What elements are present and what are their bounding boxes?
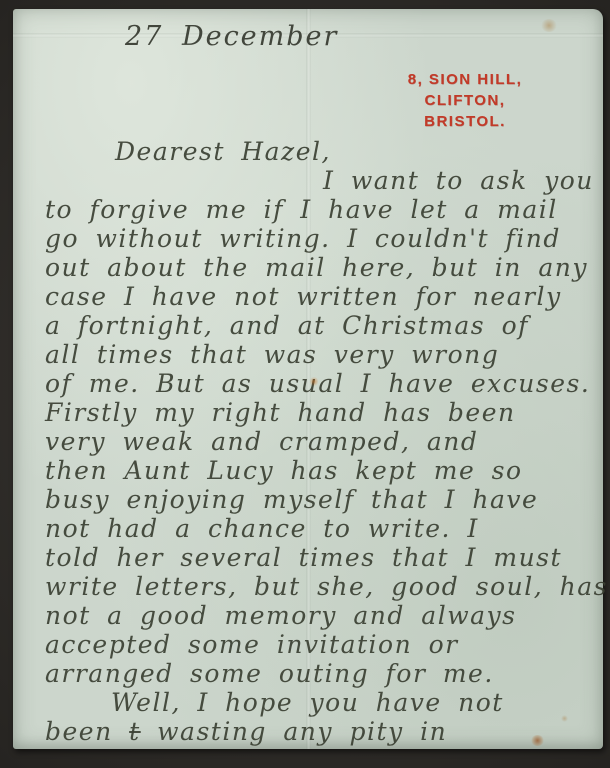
handwritten-line: busy enjoying myself that I have: [45, 485, 595, 514]
crossed-out-letter: t: [129, 717, 141, 746]
salutation: Dearest Hazel,: [115, 137, 595, 166]
stain-bottom-right-small: [561, 715, 568, 722]
stain-bottom-right: [531, 735, 544, 746]
handwritten-line: Well, I hope you have not: [111, 688, 595, 717]
handwritten-line: very weak and cramped, and: [45, 427, 595, 456]
handwritten-line: not had a chance to write. I: [45, 514, 595, 543]
handwritten-line: case I have not written for nearly: [45, 282, 595, 311]
stain-top-right: [541, 19, 557, 32]
handwritten-line: accepted some invitation or: [45, 630, 595, 659]
handwritten-line-with-correction: been t wasting any pity in: [45, 717, 595, 746]
final-line-post: wasting any pity in: [141, 717, 447, 746]
handwritten-line: I want to ask you: [323, 166, 595, 195]
handwritten-line: of me. But as usual I have excuses.: [45, 369, 595, 398]
handwritten-line: not a good memory and always: [45, 601, 595, 630]
handwritten-line: then Aunt Lucy has kept me so: [45, 456, 595, 485]
handwritten-line: told her several times that I must: [45, 543, 595, 572]
letter-paper: 27 December 8, SION HILL, CLIFTON, BRIST…: [13, 9, 603, 749]
scanned-letter-background: 27 December 8, SION HILL, CLIFTON, BRIST…: [0, 0, 610, 768]
handwritten-line: go without writing. I couldn't find: [45, 224, 595, 253]
final-line-pre: been: [45, 717, 129, 746]
handwritten-line: arranged some outing for me.: [45, 659, 595, 688]
handwritten-line: write letters, but she, good soul, has: [45, 572, 595, 601]
stain-middle: [310, 376, 318, 387]
handwritten-line: a fortnight, and at Christmas of: [45, 311, 595, 340]
letterhead-line-street: 8, SION HILL,: [395, 69, 535, 90]
handwritten-line: to forgive me if I have let a mail: [45, 195, 595, 224]
letterhead-line-district: CLIFTON,: [395, 90, 535, 111]
handwritten-line: all times that was very wrong: [45, 340, 595, 369]
letter-date: 27 December: [125, 21, 338, 52]
letter-body: Dearest Hazel, I want to ask you to forg…: [45, 137, 595, 746]
letterhead-line-city: BRISTOL.: [395, 111, 535, 132]
handwritten-line: out about the mail here, but in any: [45, 253, 595, 282]
letterhead-address: 8, SION HILL, CLIFTON, BRISTOL.: [395, 69, 535, 132]
handwritten-line: Firstly my right hand has been: [45, 398, 595, 427]
